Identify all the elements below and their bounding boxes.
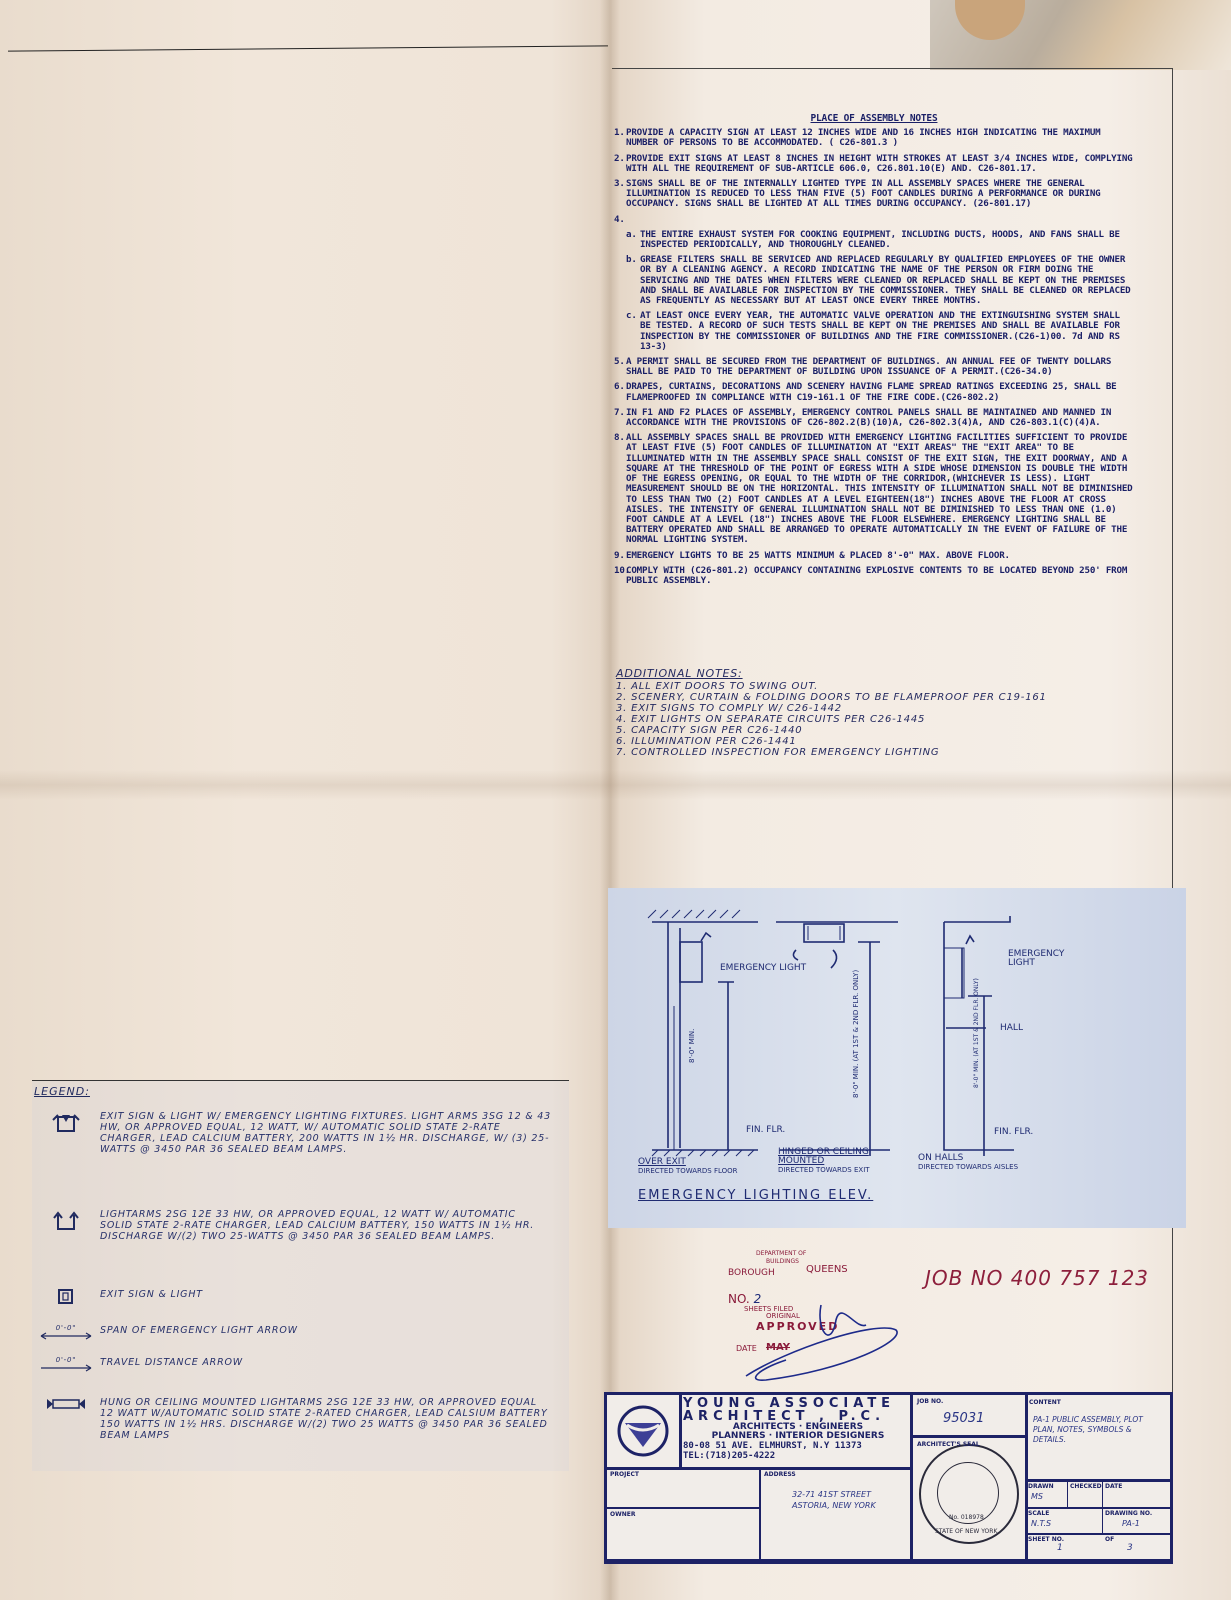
signature-scribble (726, 1250, 926, 1390)
caption-sub: DIRECTED TOWARDS FLOOR (638, 1167, 748, 1176)
note-sub-number: b. (626, 255, 640, 306)
project-label: PROJECT (610, 1471, 639, 1478)
note-item: 2.PROVIDE EXIT SIGNS AT LEAST 8 INCHES I… (614, 154, 1134, 174)
label-dim-2: 8'-0" MIN. (AT 1ST & 2ND FLR. ONLY) (852, 970, 861, 1098)
firm-services-2: PLANNERS · INTERIOR DESIGNERS (683, 1432, 913, 1441)
label-fin-flr-2: FIN. FLR. (994, 1128, 1033, 1137)
additional-note-item: 4. EXIT LIGHTS ON SEPARATE CIRCUITS PER … (616, 714, 1136, 725)
legend-item: LIGHTARMS 2SG 12E 33 HW, OR APPROVED EQU… (32, 1209, 552, 1242)
label-dim-3: 8'-0" MIN. (AT 1ST & 2ND FLR. ONLY) (972, 978, 981, 1088)
caption-over-exit: OVER EXIT DIRECTED TOWARDS FLOOR (638, 1158, 748, 1176)
label-emergency-light-2: EMERGENCY LIGHT (1008, 950, 1068, 968)
additional-note-item: 5. CAPACITY SIGN PER C26-1440 (616, 725, 1136, 736)
legend-item: 0'-0" TRAVEL DISTANCE ARROW (32, 1357, 552, 1372)
legend-item: HUNG OR CEILING MOUNTED LIGHTARMS 2SG 12… (32, 1397, 552, 1441)
note-item: 10.COMPLY WITH (C26-801.2) OCCUPANCY CON… (614, 566, 1134, 586)
job-no-value: 95031 (943, 1411, 984, 1426)
content-label: CONTENT (1029, 1399, 1061, 1406)
note-text: A PERMIT SHALL BE SECURED FROM THE DEPAR… (626, 357, 1134, 377)
note-text: PROVIDE EXIT SIGNS AT LEAST 8 INCHES IN … (626, 154, 1134, 174)
caption-title: ON HALLS (918, 1154, 1088, 1163)
architect-seal-icon: No. 018978 STATE OF NEW YORK (919, 1444, 1019, 1544)
legend-text: TRAVEL DISTANCE ARROW (100, 1357, 552, 1372)
notes-title: PLACE OF ASSEMBLY NOTES (614, 114, 1134, 124)
architect-seal-label: ARCHITECT'S SEAL (917, 1441, 980, 1448)
additional-note-item: 6. ILLUMINATION PER C26-1441 (616, 736, 1136, 747)
span-arrow-text: 0'-0" (56, 1325, 77, 1332)
travel-distance-arrow-icon: 0'-0" (32, 1357, 100, 1372)
note-sub-text: AT LEAST ONCE EVERY YEAR, THE AUTOMATIC … (640, 311, 1134, 352)
label-hall: HALL (1000, 1024, 1023, 1033)
note-item: 5.A PERMIT SHALL BE SECURED FROM THE DEP… (614, 357, 1134, 377)
sheet-no-label: SHEET NO. (1028, 1536, 1064, 1543)
exit-sign-box-icon (32, 1289, 100, 1305)
drawing-no-value: PA-1 (1122, 1519, 1140, 1528)
note-number: 6. (614, 382, 626, 402)
hung-ceiling-fixture-icon (32, 1397, 100, 1441)
firm-tel: TEL:(718)205-4222 (683, 1451, 913, 1461)
divider (1025, 1479, 1170, 1482)
caption-title: HINGED OR CEILING MOUNTED (778, 1148, 888, 1166)
notes-list: 1.PROVIDE A CAPACITY SIGN AT LEAST 12 IN… (614, 128, 1134, 586)
note-sub-number: c. (626, 311, 640, 352)
divider (1025, 1533, 1170, 1535)
seal-state: STATE OF NEW YORK (935, 1528, 997, 1535)
job-number-handwritten: JOB NO 400 757 123 (925, 1266, 1149, 1290)
note-text: DRAPES, CURTAINS, DECORATIONS AND SCENER… (626, 382, 1134, 402)
drawn-value: MS (1031, 1492, 1043, 1501)
legend-text: HUNG OR CEILING MOUNTED LIGHTARMS 2SG 12… (100, 1397, 552, 1441)
caption-on-halls: ON HALLS DIRECTED TOWARDS AISLES (918, 1154, 1088, 1172)
note-item: 7.IN F1 AND F2 PLACES OF ASSEMBLY, EMERG… (614, 408, 1134, 428)
scale-label: SCALE (1028, 1510, 1049, 1517)
note-number: 4. (614, 215, 626, 225)
note-number: 1. (614, 128, 626, 148)
note-text: COMPLY WITH (C26-801.2) OCCUPANCY CONTAI… (626, 566, 1134, 586)
of-value: 3 (1127, 1543, 1133, 1553)
additional-notes-list: 1. ALL EXIT DOORS TO SWING OUT.2. SCENER… (616, 681, 1136, 758)
job-no-cell: JOB NO. 95031 (910, 1395, 1028, 1438)
note-number: 9. (614, 551, 626, 561)
address-label: ADDRESS (764, 1471, 796, 1478)
title-block: YOUNG ASSOCIATE ARCHITECT , P.C. ARCHITE… (604, 1392, 1173, 1564)
note-item: 1.PROVIDE A CAPACITY SIGN AT LEAST 12 IN… (614, 128, 1134, 148)
owner-label: OWNER (610, 1511, 635, 1518)
seal-number: No. 018978 (949, 1514, 984, 1521)
additional-notes-title: ADDITIONAL NOTES: (616, 668, 1136, 679)
note-subitem: b.GREASE FILTERS SHALL BE SERVICED AND R… (626, 255, 1134, 306)
note-sub-text: THE ENTIRE EXHAUST SYSTEM FOR COOKING EQ… (640, 230, 1134, 250)
note-item: 4. (614, 215, 1134, 225)
additional-note-item: 7. CONTROLLED INSPECTION FOR EMERGENCY L… (616, 747, 1136, 758)
travel-arrow-text: 0'-0" (56, 1357, 77, 1364)
lightarms-fixture-icon (32, 1209, 100, 1242)
additional-notes: ADDITIONAL NOTES: 1. ALL EXIT DOORS TO S… (616, 668, 1136, 758)
divider (1102, 1481, 1103, 1533)
note-text: SIGNS SHALL BE OF THE INTERNALLY LIGHTED… (626, 179, 1134, 210)
divider (1067, 1481, 1068, 1507)
checked-label: CHECKED (1070, 1483, 1102, 1490)
additional-note-item: 1. ALL EXIT DOORS TO SWING OUT. (616, 681, 1136, 692)
divider (1025, 1507, 1170, 1509)
note-item: 3.SIGNS SHALL BE OF THE INTERNALLY LIGHT… (614, 179, 1134, 210)
note-number: 8. (614, 433, 626, 545)
label-dim-1: 8'-0" MIN. (688, 1029, 697, 1063)
date-label: DATE (1105, 1483, 1122, 1490)
elevation-title: EMERGENCY LIGHTING ELEV. (638, 1188, 873, 1203)
note-text: IN F1 AND F2 PLACES OF ASSEMBLY, EMERGEN… (626, 408, 1134, 428)
note-text: EMERGENCY LIGHTS TO BE 25 WATTS MINIMUM … (626, 551, 1134, 561)
legend-item: 0'-0" SPAN OF EMERGENCY LIGHT ARROW (32, 1325, 552, 1340)
exit-sign-light-fixture-icon (32, 1111, 100, 1155)
legend-item: EXIT SIGN & LIGHT W/ EMERGENCY LIGHTING … (32, 1111, 552, 1155)
content-cell: CONTENT PA-1 PUBLIC ASSEMBLY, PLOT PLAN,… (1025, 1395, 1170, 1479)
legend: LEGEND: EXIT SIGN & LIGHT W/ EMERGENCY L… (32, 1080, 569, 1471)
legend-title: LEGEND: (34, 1085, 90, 1098)
note-subitem: c.AT LEAST ONCE EVERY YEAR, THE AUTOMATI… (626, 311, 1134, 352)
note-subitem: a.THE ENTIRE EXHAUST SYSTEM FOR COOKING … (626, 230, 1134, 250)
divider (759, 1470, 761, 1559)
legend-text: EXIT SIGN & LIGHT W/ EMERGENCY LIGHTING … (100, 1111, 552, 1155)
dob-approval-stamp: DEPARTMENT OF BUILDINGS BOROUGH QUEENS N… (726, 1250, 926, 1390)
note-number: 3. (614, 179, 626, 210)
drawing-no-label: DRAWING NO. (1105, 1510, 1152, 1517)
note-text (626, 215, 1134, 225)
caption-sub: DIRECTED TOWARDS AISLES (918, 1163, 1088, 1172)
note-number: 10. (614, 566, 626, 586)
emergency-lighting-elevation: EMERGENCY LIGHT EMERGENCY LIGHT HALL FIN… (608, 888, 1186, 1228)
label-emergency-light-1: EMERGENCY LIGHT (720, 964, 806, 973)
firm-info: YOUNG ASSOCIATE ARCHITECT , P.C. ARCHITE… (683, 1397, 913, 1461)
span-arrow-icon: 0'-0" (32, 1325, 100, 1340)
legend-text: SPAN OF EMERGENCY LIGHT ARROW (100, 1325, 552, 1340)
note-number: 2. (614, 154, 626, 174)
content-value: PA-1 PUBLIC ASSEMBLY, PLOT PLAN, NOTES, … (1033, 1415, 1163, 1445)
drawn-label: DRAWN (1028, 1483, 1054, 1490)
job-no-label: JOB NO. (917, 1398, 943, 1405)
legend-text: EXIT SIGN & LIGHT (100, 1289, 552, 1305)
address-line-2: ASTORIA, NEW YORK (792, 1501, 876, 1510)
of-label: OF (1105, 1536, 1114, 1543)
caption-ceiling-mounted: HINGED OR CEILING MOUNTED DIRECTED TOWAR… (778, 1148, 888, 1175)
note-number: 5. (614, 357, 626, 377)
assembly-notes: PLACE OF ASSEMBLY NOTES 1.PROVIDE A CAPA… (614, 114, 1134, 591)
caption-sub: DIRECTED TOWARDS EXIT (778, 1166, 888, 1175)
caption-title: OVER EXIT (638, 1158, 748, 1167)
note-number: 7. (614, 408, 626, 428)
note-item: 6.DRAPES, CURTAINS, DECORATIONS AND SCEN… (614, 382, 1134, 402)
note-item: 9.EMERGENCY LIGHTS TO BE 25 WATTS MINIMU… (614, 551, 1134, 561)
firm-logo-icon (607, 1395, 682, 1467)
additional-note-item: 2. SCENERY, CURTAIN & FOLDING DOORS TO B… (616, 692, 1136, 703)
legend-text: LIGHTARMS 2SG 12E 33 HW, OR APPROVED EQU… (100, 1209, 552, 1242)
label-fin-flr-1: FIN. FLR. (746, 1126, 785, 1135)
note-item: 8.ALL ASSEMBLY SPACES SHALL BE PROVIDED … (614, 433, 1134, 545)
note-text: ALL ASSEMBLY SPACES SHALL BE PROVIDED WI… (626, 433, 1134, 545)
address-line-1: 32-71 41ST STREET (792, 1490, 871, 1499)
additional-note-item: 3. EXIT SIGNS TO COMPLY W/ C26-1442 (616, 703, 1136, 714)
legend-item: EXIT SIGN & LIGHT (32, 1289, 552, 1305)
divider (607, 1507, 759, 1509)
scale-value: N.T.S (1031, 1519, 1051, 1528)
note-sub-number: a. (626, 230, 640, 250)
note-sub-text: GREASE FILTERS SHALL BE SERVICED AND REP… (640, 255, 1134, 306)
note-text: PROVIDE A CAPACITY SIGN AT LEAST 12 INCH… (626, 128, 1134, 148)
architect-seal-cell: ARCHITECT'S SEAL No. 018978 STATE OF NEW… (910, 1438, 1028, 1559)
firm-address: 80-08 51 AVE. ELMHURST, N.Y 11373 (683, 1441, 913, 1451)
sheet-no-value: 1 (1057, 1543, 1063, 1553)
horizontal-fold (0, 770, 1231, 800)
